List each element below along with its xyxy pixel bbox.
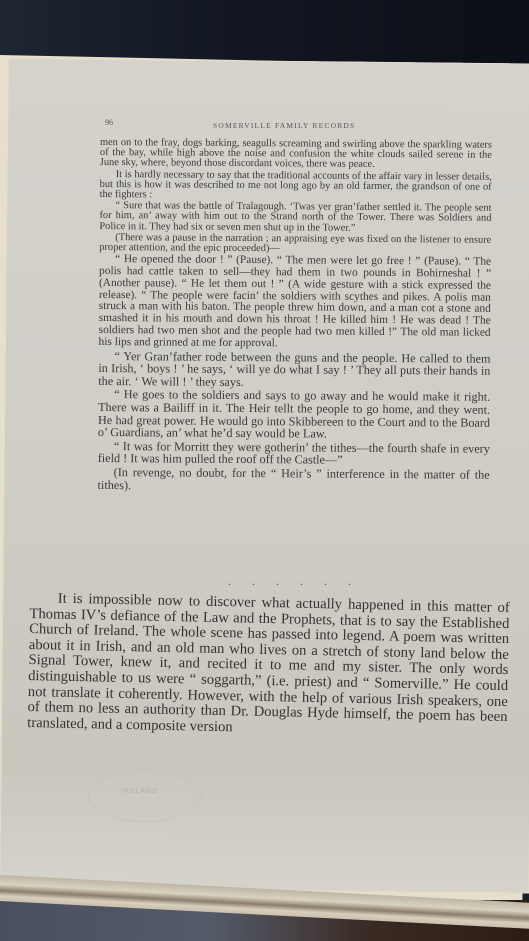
narrative-quote-section: men on to the fray, dogs barking, seagul… (98, 138, 492, 494)
page-number: 96 (105, 118, 113, 127)
paragraph: “ He opened the door ! ” (Pause). “ The … (99, 254, 492, 351)
paragraph: It is impossible now to discover what ac… (27, 591, 510, 741)
paragraph: (There was a pause in the narration ; an… (99, 233, 491, 256)
paragraph: “ It was for Morritt they were gotherin’… (98, 440, 490, 468)
paragraph: It is hardly necessary to say that the t… (100, 170, 492, 203)
running-head: SOMERVILLE FAMILY RECORDS (213, 121, 355, 130)
section-separator: . . . . . . (228, 574, 360, 589)
main-text-section: It is impossible now to discover what ac… (27, 591, 510, 741)
paragraph: “ Yer Gran’father rode between the guns … (98, 350, 490, 391)
page-header: 96 SOMERVILLE FAMILY RECORDS (105, 118, 505, 132)
stamp-text: IRELAND (121, 788, 158, 795)
library-stamp: IRELAND (88, 770, 202, 822)
paragraph: men on to the fray, dogs barking, seagul… (100, 138, 492, 171)
paragraph: “ Sure that was the battle of Tralagough… (99, 201, 491, 234)
paragraph: “ He goes to the soldiers and says to go… (98, 388, 490, 441)
paragraph: (In revenge, no doubt, for the “ Heir’s … (98, 466, 490, 494)
